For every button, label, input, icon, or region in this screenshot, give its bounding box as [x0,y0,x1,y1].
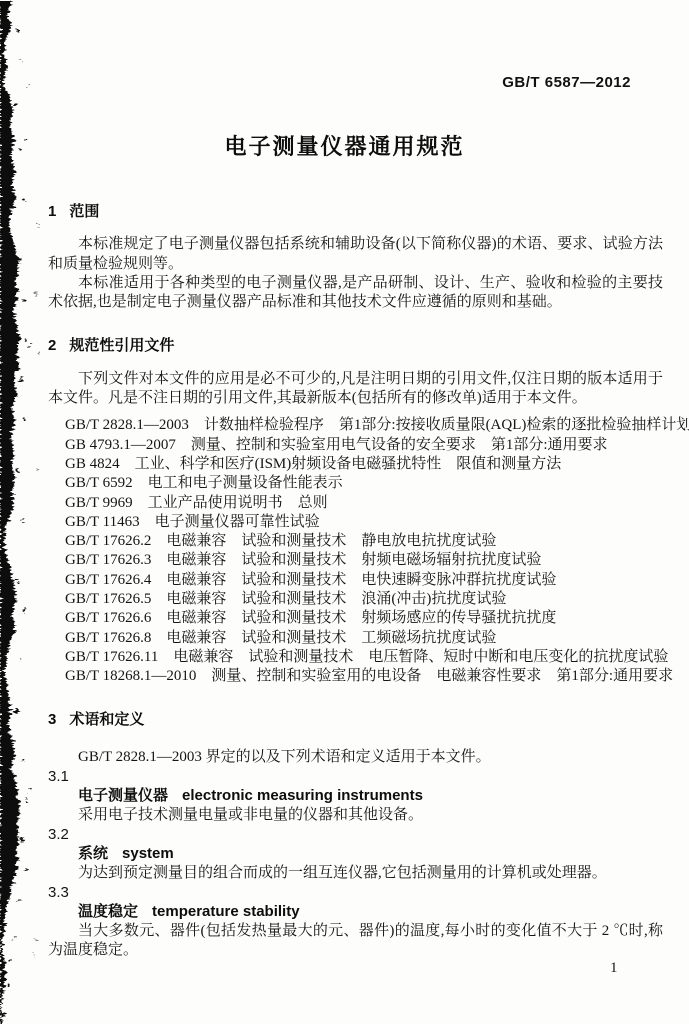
term-zh: 电子测量仪器 [78,787,168,804]
reference-item: GB/T 17626.5 电磁兼容 试验和测量技术 浪涌(冲击)抗扰度试验 [48,590,663,609]
references-intro: 下列文件对本文件的应用是必不可少的,凡是注明日期的引用文件,仅注日期的版本适用于… [48,370,663,409]
term-en: electronic measuring instruments [182,787,423,804]
term-zh: 温度稳定 [78,903,138,920]
section-title: 术语和定义 [69,711,144,728]
term-entry: 3.3 温度稳定temperature stability 当大多数元、器件(包… [48,883,663,960]
term-number: 3.2 [48,825,663,844]
section-number: 1 [48,203,56,220]
term-en: system [122,845,174,862]
term-number: 3.1 [48,767,663,786]
term-number: 3.3 [48,883,663,902]
page-number: 1 [610,960,618,977]
term-definition: 采用电子技术测量电量或非电量的仪器和其他设备。 [48,806,663,825]
term-definition: 为达到预定测量目的组合而成的一组互连仪器,它包括测量用的计算机或处理器。 [48,864,663,883]
reference-item: GB/T 17626.11 电磁兼容 试验和测量技术 电压暂降、短时中断和电压变… [48,648,663,667]
reference-item: GB/T 17626.4 电磁兼容 试验和测量技术 电快速瞬变脉冲群抗扰度试验 [48,571,663,590]
terms-intro: GB/T 2828.1—2003 界定的以及下列术语和定义适用于本文件。 [48,748,663,767]
reference-list: GB/T 2828.1—2003 计数抽样检验程序 第1部分:按接收质量限(AQ… [48,416,663,686]
reference-item: GB/T 9969 工业产品使用说明书 总则 [48,494,663,513]
section-heading-scope: 1范围 [48,202,663,221]
reference-item: GB/T 17626.2 电磁兼容 试验和测量技术 静电放电抗扰度试验 [48,532,663,551]
reference-item: GB/T 6592 电工和电子测量设备性能表示 [48,474,663,493]
section-title: 范围 [69,203,99,220]
term-en: temperature stability [152,903,300,920]
reference-item: GB/T 18268.1—2010 测量、控制和实验室用的电设备 电磁兼容性要求… [48,667,663,686]
standard-code: GB/T 6587—2012 [502,74,631,91]
reference-item: GB 4793.1—2007 测量、控制和实验室用电气设备的安全要求 第1部分:… [48,436,663,455]
scope-paragraph: 本标准适用于各种类型的电子测量仪器,是产品研制、设计、生产、验收和检验的主要技术… [48,274,663,313]
scope-paragraph: 本标准规定了电子测量仪器包括系统和辅助设备(以下简称仪器)的术语、要求、试验方法… [48,235,663,274]
document-title: 电子测量仪器通用规范 [0,130,689,161]
section-heading-terms: 3术语和定义 [48,710,663,729]
term-title: 系统system [48,844,663,863]
reference-item: GB/T 17626.8 电磁兼容 试验和测量技术 工频磁场抗扰度试验 [48,629,663,648]
term-title: 温度稳定temperature stability [48,902,663,921]
section-number: 3 [48,711,56,728]
reference-item: GB/T 2828.1—2003 计数抽样检验程序 第1部分:按接收质量限(AQ… [48,416,663,435]
section-title: 规范性引用文件 [69,337,174,354]
term-entry: 3.1 电子测量仪器electronic measuring instrumen… [48,767,663,825]
term-entry: 3.2 系统system 为达到预定测量目的组合而成的一组互连仪器,它包括测量用… [48,825,663,883]
term-title: 电子测量仪器electronic measuring instruments [48,786,663,805]
document-body: 1范围 本标准规定了电子测量仪器包括系统和辅助设备(以下简称仪器)的术语、要求、… [48,196,663,960]
reference-item: GB/T 11463 电子测量仪器可靠性试验 [48,513,663,532]
section-number: 2 [48,337,56,354]
section-heading-normative-references: 2规范性引用文件 [48,336,663,355]
reference-item: GB/T 17626.6 电磁兼容 试验和测量技术 射频场感应的传导骚扰抗扰度 [48,609,663,628]
reference-item: GB 4824 工业、科学和医疗(ISM)射频设备电磁骚扰特性 限值和测量方法 [48,455,663,474]
term-definition: 当大多数元、器件(包括发热量最大的元、器件)的温度,每小时的变化值不大于 2 ℃… [48,922,663,961]
term-zh: 系统 [78,845,108,862]
reference-item: GB/T 17626.3 电磁兼容 试验和测量技术 射频电磁场辐射抗扰度试验 [48,551,663,570]
scanned-document-page: GB/T 6587—2012 电子测量仪器通用规范 1范围 本标准规定了电子测量… [0,0,689,1024]
